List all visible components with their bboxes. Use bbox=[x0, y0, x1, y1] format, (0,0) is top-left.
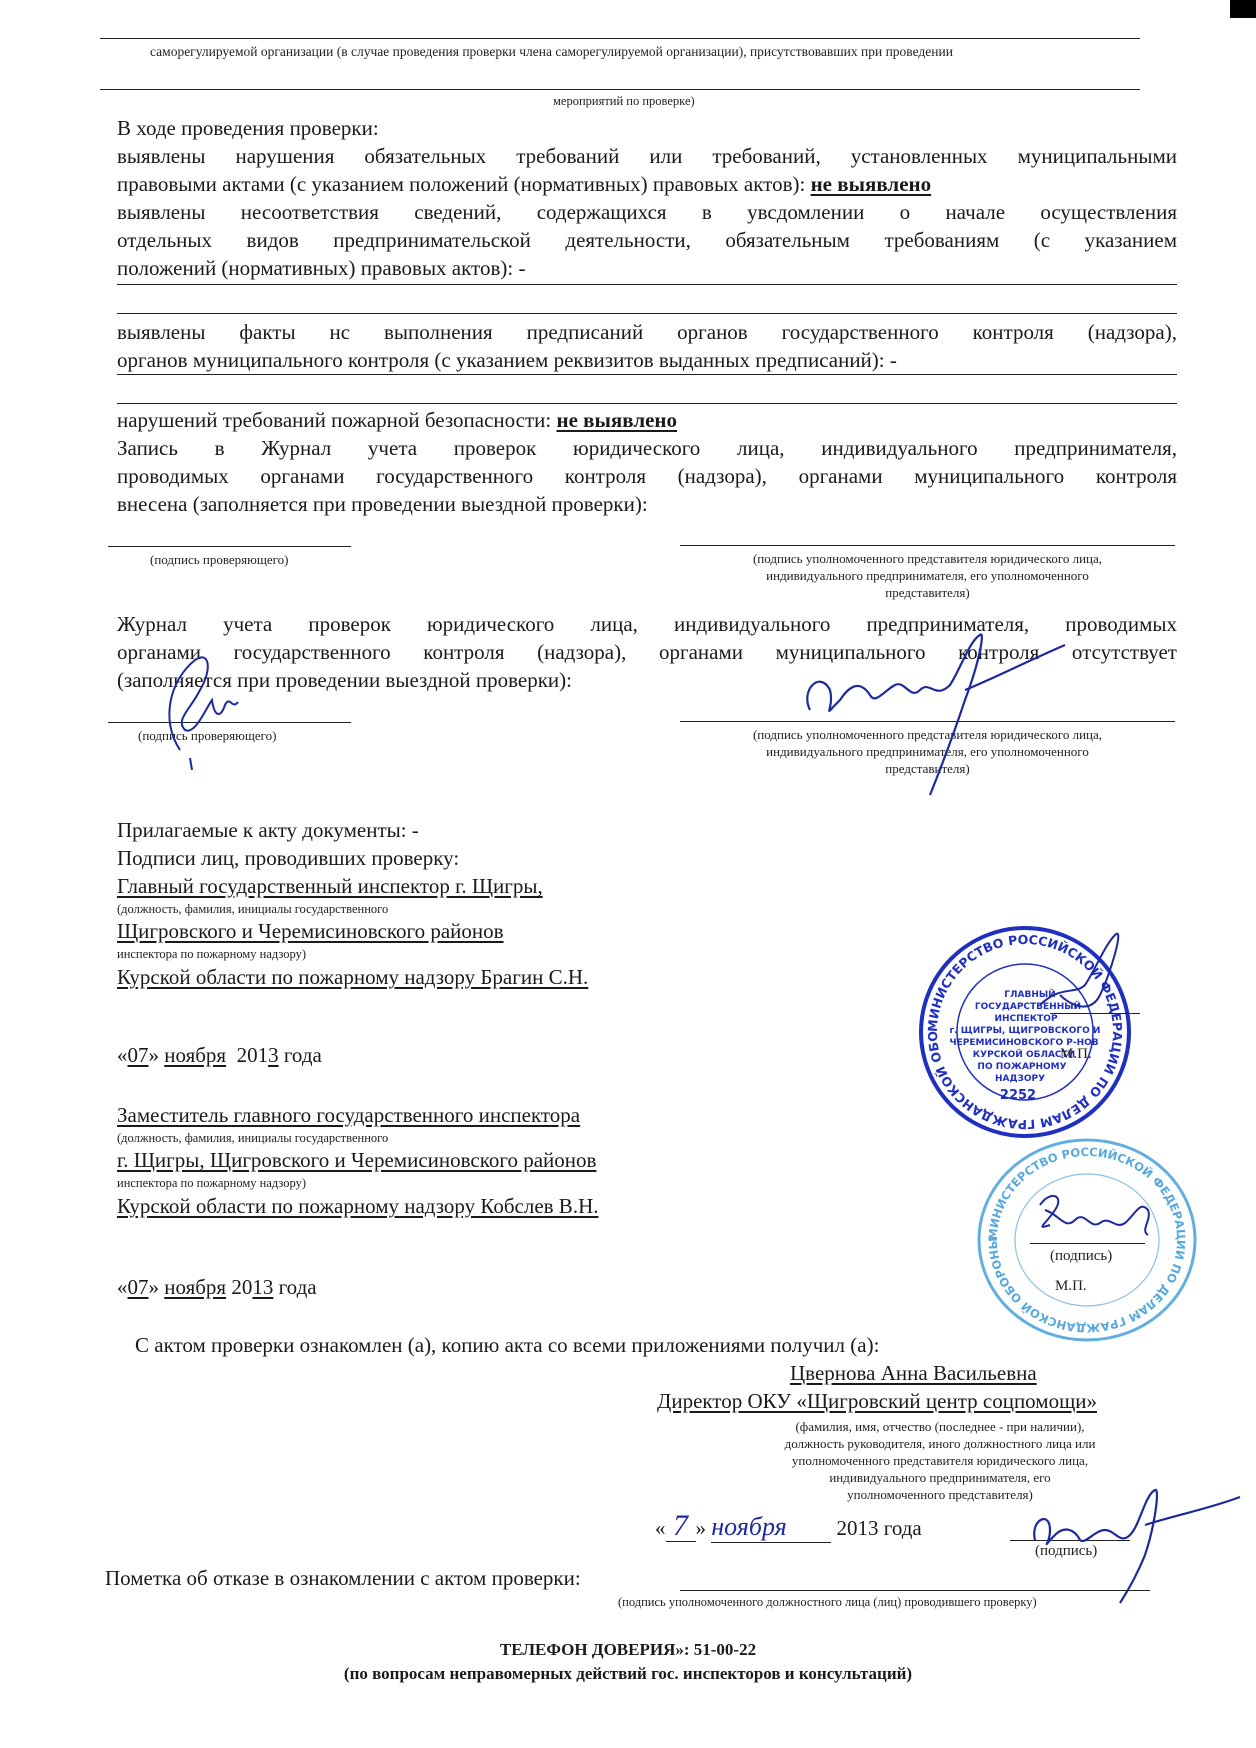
inspector1-line-3: Курской области по пожарному надзору Бра… bbox=[117, 962, 588, 992]
sig1-left-caption: (подпись проверяющего) bbox=[150, 552, 289, 568]
header-rule-2 bbox=[100, 89, 1140, 90]
mismatch-line-2: отдельных видов предпринимательской деят… bbox=[117, 225, 1177, 255]
inspector2-hint-2: инспектора по пожарному надзору) bbox=[117, 1175, 306, 1191]
sig1-right-caption: (подпись уполномоченного представителя ю… bbox=[680, 550, 1175, 601]
inspector1-stamp-mark: М.П. bbox=[1060, 1046, 1092, 1062]
inspector2-date-word: года bbox=[279, 1275, 317, 1299]
inspector2-line-3: Курской области по пожарному надзору Коб… bbox=[117, 1191, 598, 1221]
journal-line-1: Запись в Журнал учета проверок юридическ… bbox=[117, 433, 1177, 463]
date-close-quote: » bbox=[696, 1516, 707, 1540]
mismatch-rule-2 bbox=[117, 313, 1177, 314]
signers-heading: Подписи лиц, проводивших проверку: bbox=[117, 843, 459, 873]
inspector1-hint-2: инспектора по пожарному надзору) bbox=[117, 946, 306, 962]
inspector1-date-day: 07 bbox=[128, 1043, 149, 1067]
recipient-name: Цвернова Анна Васильевна bbox=[790, 1358, 1037, 1388]
recipient-signature bbox=[1025, 1485, 1245, 1605]
inspector1-date: «07» ноября 2013 года bbox=[117, 1040, 322, 1070]
date-open-quote: « bbox=[655, 1516, 666, 1540]
orders-rule-1 bbox=[117, 374, 1177, 375]
svg-text:2252: 2252 bbox=[1000, 1088, 1036, 1103]
representative-signature bbox=[790, 630, 1070, 800]
sig1-right-rule bbox=[680, 545, 1175, 546]
orders-line-1: выявлены факты нс выполнения предписаний… bbox=[117, 317, 1177, 347]
inspector2-date: «07» ноября 2013 года bbox=[117, 1272, 317, 1302]
violations-label: правовыми актами (с указанием положений … bbox=[117, 172, 811, 196]
inspector2-hint-1: (должность, фамилия, инициалы государств… bbox=[117, 1130, 388, 1146]
inspector2-date-month: ноября bbox=[164, 1275, 226, 1299]
inspector2-date-day: 07 bbox=[128, 1275, 149, 1299]
recipient-hint-2: должность руководителя, иного должностно… bbox=[700, 1435, 1180, 1452]
inspector1-line-1: Главный государственный инспектор г. Щиг… bbox=[117, 871, 543, 901]
inspector1-date-year-suffix: 3 bbox=[268, 1043, 279, 1067]
mismatch-line-1: выявлены несоответствия сведений, содерж… bbox=[117, 197, 1177, 227]
refusal-rule bbox=[680, 1590, 1150, 1591]
recipient-hint-1: (фамилия, имя, отчество (последнее - при… bbox=[700, 1418, 1180, 1435]
sig1-right-caption-3: представителя) bbox=[680, 584, 1175, 601]
sig1-left-rule bbox=[108, 546, 351, 547]
inspector2-line-1: Заместитель главного государственного ин… bbox=[117, 1100, 580, 1130]
sig1-right-caption-2: индивидуального предпринимателя, его упо… bbox=[680, 567, 1175, 584]
header-rule-1 bbox=[100, 38, 1140, 39]
header-caption-2: мероприятий по проверке) bbox=[553, 93, 695, 109]
inspector2-line-2: г. Щигры, Щигровского и Черемисиновского… bbox=[117, 1145, 596, 1175]
inspector1-hint-1: (должность, фамилия, инициалы государств… bbox=[117, 901, 388, 917]
mismatch-rule-1 bbox=[117, 284, 1177, 285]
date-day-handwritten: 7 bbox=[666, 1511, 696, 1542]
header-caption-1: саморегулируемой организации (в случае п… bbox=[150, 44, 953, 60]
journal-line-3: внесена (заполняется при проведении выез… bbox=[117, 489, 648, 519]
inspector1-line-2: Щигровского и Черемисиновского районов bbox=[117, 916, 504, 946]
inspector2-date-year-suffix: 13 bbox=[252, 1275, 273, 1299]
acknowledgement-text: С актом проверки ознакомлен (а), копию а… bbox=[135, 1330, 879, 1360]
orders-rule-2 bbox=[117, 403, 1177, 404]
hotline-note: (по вопросам неправомерных действий гос.… bbox=[0, 1664, 1256, 1684]
inspector2-signature bbox=[1030, 1185, 1160, 1245]
inspector-signature bbox=[150, 640, 260, 770]
fire-safety-label: нарушений требований пожарной безопаснос… bbox=[117, 408, 557, 432]
inspector1-date-month: ноября bbox=[164, 1043, 226, 1067]
inspector1-date-year-prefix: 201 bbox=[237, 1043, 269, 1067]
violations-line-2: правовыми актами (с указанием положений … bbox=[117, 169, 931, 199]
refusal-label: Пометка об отказе в ознакомлении с актом… bbox=[105, 1563, 581, 1593]
orders-line-2: органов муниципального контроля (с указа… bbox=[117, 345, 897, 375]
inspector1-date-word: года bbox=[284, 1043, 322, 1067]
recipient-position: Директор ОКУ «Щигровский центр соцпомощи… bbox=[657, 1386, 1097, 1416]
mismatch-line-3: положений (нормативных) правовых актов):… bbox=[117, 253, 525, 283]
inspector2-date-year-prefix: 20 bbox=[231, 1275, 252, 1299]
recipient-hint-4: индивидуального предпринимателя, его bbox=[700, 1469, 1180, 1486]
inspector1-signature bbox=[1030, 925, 1130, 1035]
recipient-date: «7» ноября 2013 года bbox=[655, 1511, 922, 1543]
inspector2-sign-caption: (подпись) bbox=[1050, 1248, 1112, 1264]
date-month-handwritten: ноября bbox=[711, 1512, 831, 1543]
inspector2-stamp-mark: М.П. bbox=[1055, 1278, 1087, 1294]
fire-safety-value: не выявлено bbox=[557, 408, 678, 432]
fire-safety-line: нарушений требований пожарной безопаснос… bbox=[117, 405, 677, 435]
sig1-right-caption-1: (подпись уполномоченного представителя ю… bbox=[680, 550, 1175, 567]
svg-text:НАДЗОРУ: НАДЗОРУ bbox=[995, 1074, 1045, 1084]
hotline: ТЕЛЕФОН ДОВЕРИЯ»: 51-00-22 bbox=[0, 1640, 1256, 1660]
date-year: 2013 года bbox=[837, 1516, 922, 1540]
attachments-line: Прилагаемые к акту документы: - bbox=[117, 815, 419, 845]
violations-line-1: выявлены нарушения обязательных требован… bbox=[117, 141, 1177, 171]
recipient-hint-3: уполномоченного представителя юридическо… bbox=[700, 1452, 1180, 1469]
stamp2-sign-rule bbox=[1030, 1243, 1145, 1244]
findings-intro: В ходе проведения проверки: bbox=[117, 113, 379, 143]
violations-value: не выявлено bbox=[811, 172, 932, 196]
svg-text:ПО ПОЖАРНОМУ: ПО ПОЖАРНОМУ bbox=[977, 1062, 1066, 1072]
refusal-caption: (подпись уполномоченного должностного ли… bbox=[618, 1594, 1037, 1610]
scan-corner-mark bbox=[1230, 0, 1256, 18]
journal-line-2: проводимых органами государственного кон… bbox=[117, 461, 1177, 491]
